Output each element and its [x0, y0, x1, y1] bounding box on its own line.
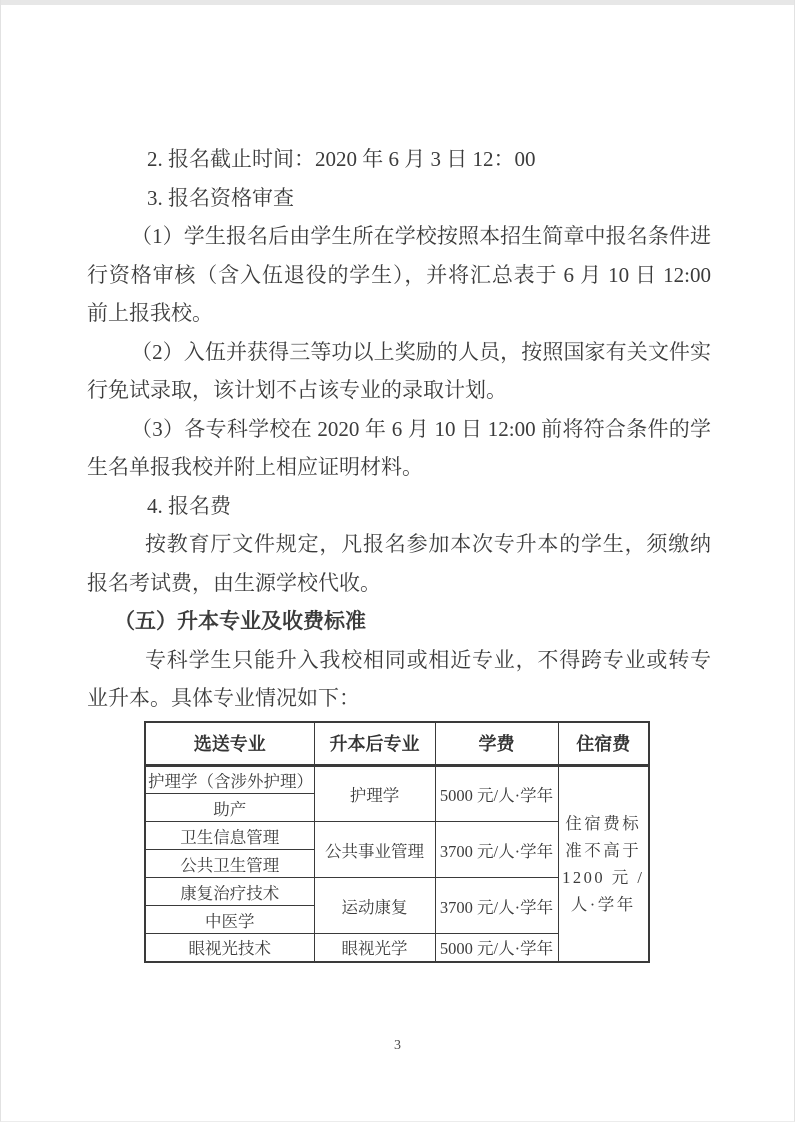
paragraph-item-2: （2）入伍并获得三等功以上奖励的人员，按照国家有关文件实行免试录取，该计划不占该…: [87, 333, 711, 410]
cell-tuition: 3700 元/人·学年: [435, 822, 558, 878]
programs-table: 选送专业 升本后专业 学费 住宿费 护理学（含涉外护理） 护理学 5000 元/…: [144, 721, 650, 963]
table-header-row: 选送专业 升本后专业 学费 住宿费: [145, 722, 649, 766]
header-tuition: 学费: [435, 722, 558, 766]
cell-accommodation: 住宿费标准不高于 1200 元 / 人·学年: [558, 766, 649, 962]
cell-send-major: 公共卫生管理: [145, 850, 314, 878]
header-target-major: 升本后专业: [314, 722, 435, 766]
cell-send-major: 眼视光技术: [145, 934, 314, 962]
cell-send-major: 康复治疗技术: [145, 878, 314, 906]
paragraph-fee-title: 4. 报名费: [87, 487, 711, 526]
cell-target-major: 眼视光学: [314, 934, 435, 962]
cell-target-major: 公共事业管理: [314, 822, 435, 878]
paragraph-qualification: 3. 报名资格审查: [87, 179, 711, 218]
document-page: 2. 报名截止时间：2020 年 6 月 3 日 12：00 3. 报名资格审查…: [0, 0, 795, 1122]
section-heading: （五）升本专业及收费标准: [87, 602, 711, 641]
paragraph-item-1: （1）学生报名后由学生所在学校按照本招生简章中报名条件进行资格审核（含入伍退役的…: [87, 217, 711, 333]
page-top-edge: [1, 0, 794, 5]
cell-send-major: 护理学（含涉外护理）: [145, 766, 314, 794]
paragraph-fee-detail: 按教育厅文件规定，凡报名参加本次专升本的学生，须缴纳报名考试费，由生源学校代收。: [87, 525, 711, 602]
header-send-major: 选送专业: [145, 722, 314, 766]
paragraph-deadline: 2. 报名截止时间：2020 年 6 月 3 日 12：00: [87, 140, 711, 179]
cell-send-major: 卫生信息管理: [145, 822, 314, 850]
header-accommodation: 住宿费: [558, 722, 649, 766]
document-body: 2. 报名截止时间：2020 年 6 月 3 日 12：00 3. 报名资格审查…: [87, 140, 711, 963]
paragraph-item-3: （3）各专科学校在 2020 年 6 月 10 日 12:00 前将符合条件的学…: [87, 410, 711, 487]
paragraph-majors-intro: 专科学生只能升入我校相同或相近专业，不得跨专业或转专业升本。具体专业情况如下：: [87, 641, 711, 718]
cell-tuition: 5000 元/人·学年: [435, 934, 558, 962]
cell-send-major: 助产: [145, 794, 314, 822]
table-row: 护理学（含涉外护理） 护理学 5000 元/人·学年 住宿费标准不高于 1200…: [145, 766, 649, 794]
cell-tuition: 5000 元/人·学年: [435, 766, 558, 822]
cell-send-major: 中医学: [145, 906, 314, 934]
cell-tuition: 3700 元/人·学年: [435, 878, 558, 934]
page-number: 3: [1, 1038, 794, 1054]
cell-target-major: 护理学: [314, 766, 435, 822]
cell-target-major: 运动康复: [314, 878, 435, 934]
